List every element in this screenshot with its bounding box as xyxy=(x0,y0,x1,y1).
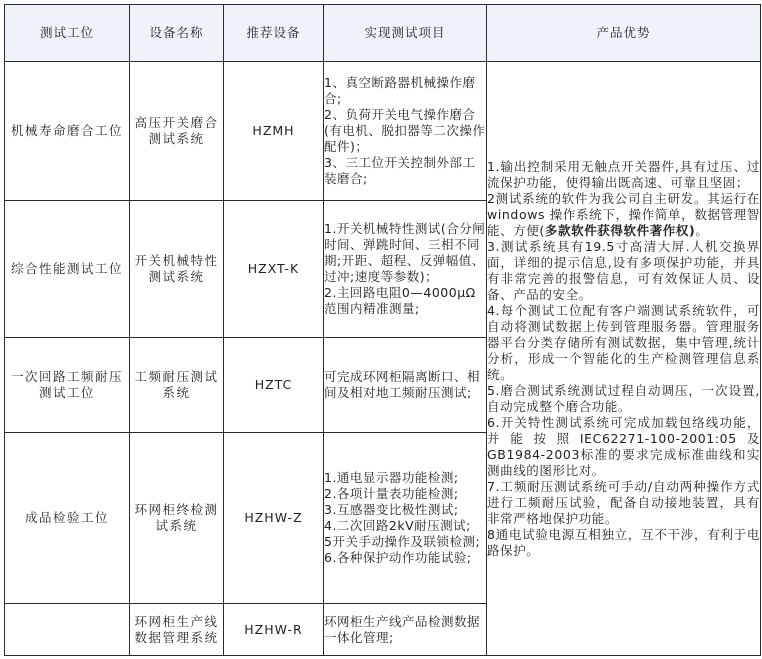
advantage-bold-text: 多款软件获得软件著作权) xyxy=(545,223,695,238)
station-cell: 成品检验工位 xyxy=(5,433,130,604)
product-spec-table: 测试工位 设备名称 推荐设备 实现测试项目 产品优势 机械寿命磨合工位 高压开关… xyxy=(4,4,761,656)
test-item: 环网柜生产线产品检测数据一体化管理; xyxy=(324,614,486,646)
header-recommended: 推荐设备 xyxy=(224,5,324,62)
test-item: 3.互感器变比极性测试; xyxy=(324,502,486,518)
advantage-point-6: 6.开关特性测试系统可完成加载包络线功能，并能按照IEC62271-100-20… xyxy=(487,415,760,479)
advantage-point-8: 8通电试验电源互相独立，互不干涉，有利于电路保护。 xyxy=(487,527,760,559)
header-device-name: 设备名称 xyxy=(130,5,224,62)
station-cell xyxy=(5,604,130,656)
test-items-cell: 1.开关机械特性测试(合分闸时间、弹跳时间、三相不同期;开距、超程、反弹幅值、过… xyxy=(324,201,487,338)
advantage-point-1: 1.输出控制采用无触点开关器件,具有过压、过流保护功能，使得输出既高速、可靠且坚… xyxy=(487,159,760,191)
station-cell: 机械寿命磨合工位 xyxy=(5,62,130,201)
table-row: 机械寿命磨合工位 高压开关磨合测试系统 HZMH 1、真空断路器机械操作磨合; … xyxy=(5,62,761,201)
advantage-point-2: 2测试系统的软件为我公司自主研发。其运行在windows 操作系统下，操作简单，… xyxy=(487,191,760,239)
device-name-cell: 环网柜生产线数据管理系统 xyxy=(130,604,224,656)
test-item: 4.二次回路2kV耐压测试; xyxy=(324,518,486,534)
test-items-cell: 环网柜生产线产品检测数据一体化管理; xyxy=(324,604,487,656)
device-name-cell: 高压开关磨合测试系统 xyxy=(130,62,224,201)
test-item: 1.开关机械特性测试(合分闸时间、弹跳时间、三相不同期;开距、超程、反弹幅值、过… xyxy=(324,221,486,285)
test-item: 6.各种保护动作功能试验; xyxy=(324,550,486,566)
header-advantages: 产品优势 xyxy=(487,5,761,62)
advantage-point-3: 3.测试系统具有19.5寸高清大屏.人机交换界面，详细的提示信息,设有多项保护功… xyxy=(487,239,760,303)
advantage-point-5: 5.磨合测试系统测试过程自动调压，一次设置,自动完成整个磨合功能。 xyxy=(487,383,760,415)
test-items-cell: 可完成环网柜隔离断口、相间及相对地工频耐压测试; xyxy=(324,338,487,433)
test-items-cell: 1.通电显示器功能检测; 2.各项计量表功能检测; 3.互感器变比极性测试; 4… xyxy=(324,433,487,604)
advantage-point-4: 4.每个测试工位配有客户端测试系统软件，可自动将测试数据上传到管理服务器。管理服… xyxy=(487,303,760,383)
test-item: 5开关手动操作及联锁检测; xyxy=(324,534,486,550)
advantage-text: 。 xyxy=(695,223,708,238)
test-item: 2.各项计量表功能检测; xyxy=(324,486,486,502)
advantages-cell: 1.输出控制采用无触点开关器件,具有过压、过流保护功能，使得输出既高速、可靠且坚… xyxy=(487,62,761,656)
model-cell: HZHW-R xyxy=(224,604,324,656)
header-station: 测试工位 xyxy=(5,5,130,62)
model-cell: HZMH xyxy=(224,62,324,201)
model-cell: HZTC xyxy=(224,338,324,433)
device-name-cell: 开关机械特性测试系统 xyxy=(130,201,224,338)
test-item: 1.通电显示器功能检测; xyxy=(324,470,486,486)
header-row: 测试工位 设备名称 推荐设备 实现测试项目 产品优势 xyxy=(5,5,761,62)
test-item: 1、真空断路器机械操作磨合; xyxy=(324,75,486,107)
test-item: 2、负荷开关电气操作磨合(有电机、脱扣器等二次操作配件)； xyxy=(324,107,486,155)
header-test-items: 实现测试项目 xyxy=(324,5,487,62)
station-cell: 综合性能测试工位 xyxy=(5,201,130,338)
test-items-cell: 1、真空断路器机械操作磨合; 2、负荷开关电气操作磨合(有电机、脱扣器等二次操作… xyxy=(324,62,487,201)
test-item: 可完成环网柜隔离断口、相间及相对地工频耐压测试; xyxy=(324,369,486,401)
advantage-point-7: 7.工频耐压测试系统可手动/自动两种操作方式进行工频耐压试验，配备自动接地装置，… xyxy=(487,479,760,527)
station-cell: 一次回路工频耐压测试工位 xyxy=(5,338,130,433)
model-cell: HZXT-K xyxy=(224,201,324,338)
device-name-cell: 环网柜终检测试系统 xyxy=(130,433,224,604)
model-cell: HZHW-Z xyxy=(224,433,324,604)
device-name-cell: 工频耐压测试系统 xyxy=(130,338,224,433)
test-item: 3、三工位开关控制外部工装磨合; xyxy=(324,155,486,187)
test-item: 2.主回路电阻0—4000μΩ范围内精准测量; xyxy=(324,285,486,317)
